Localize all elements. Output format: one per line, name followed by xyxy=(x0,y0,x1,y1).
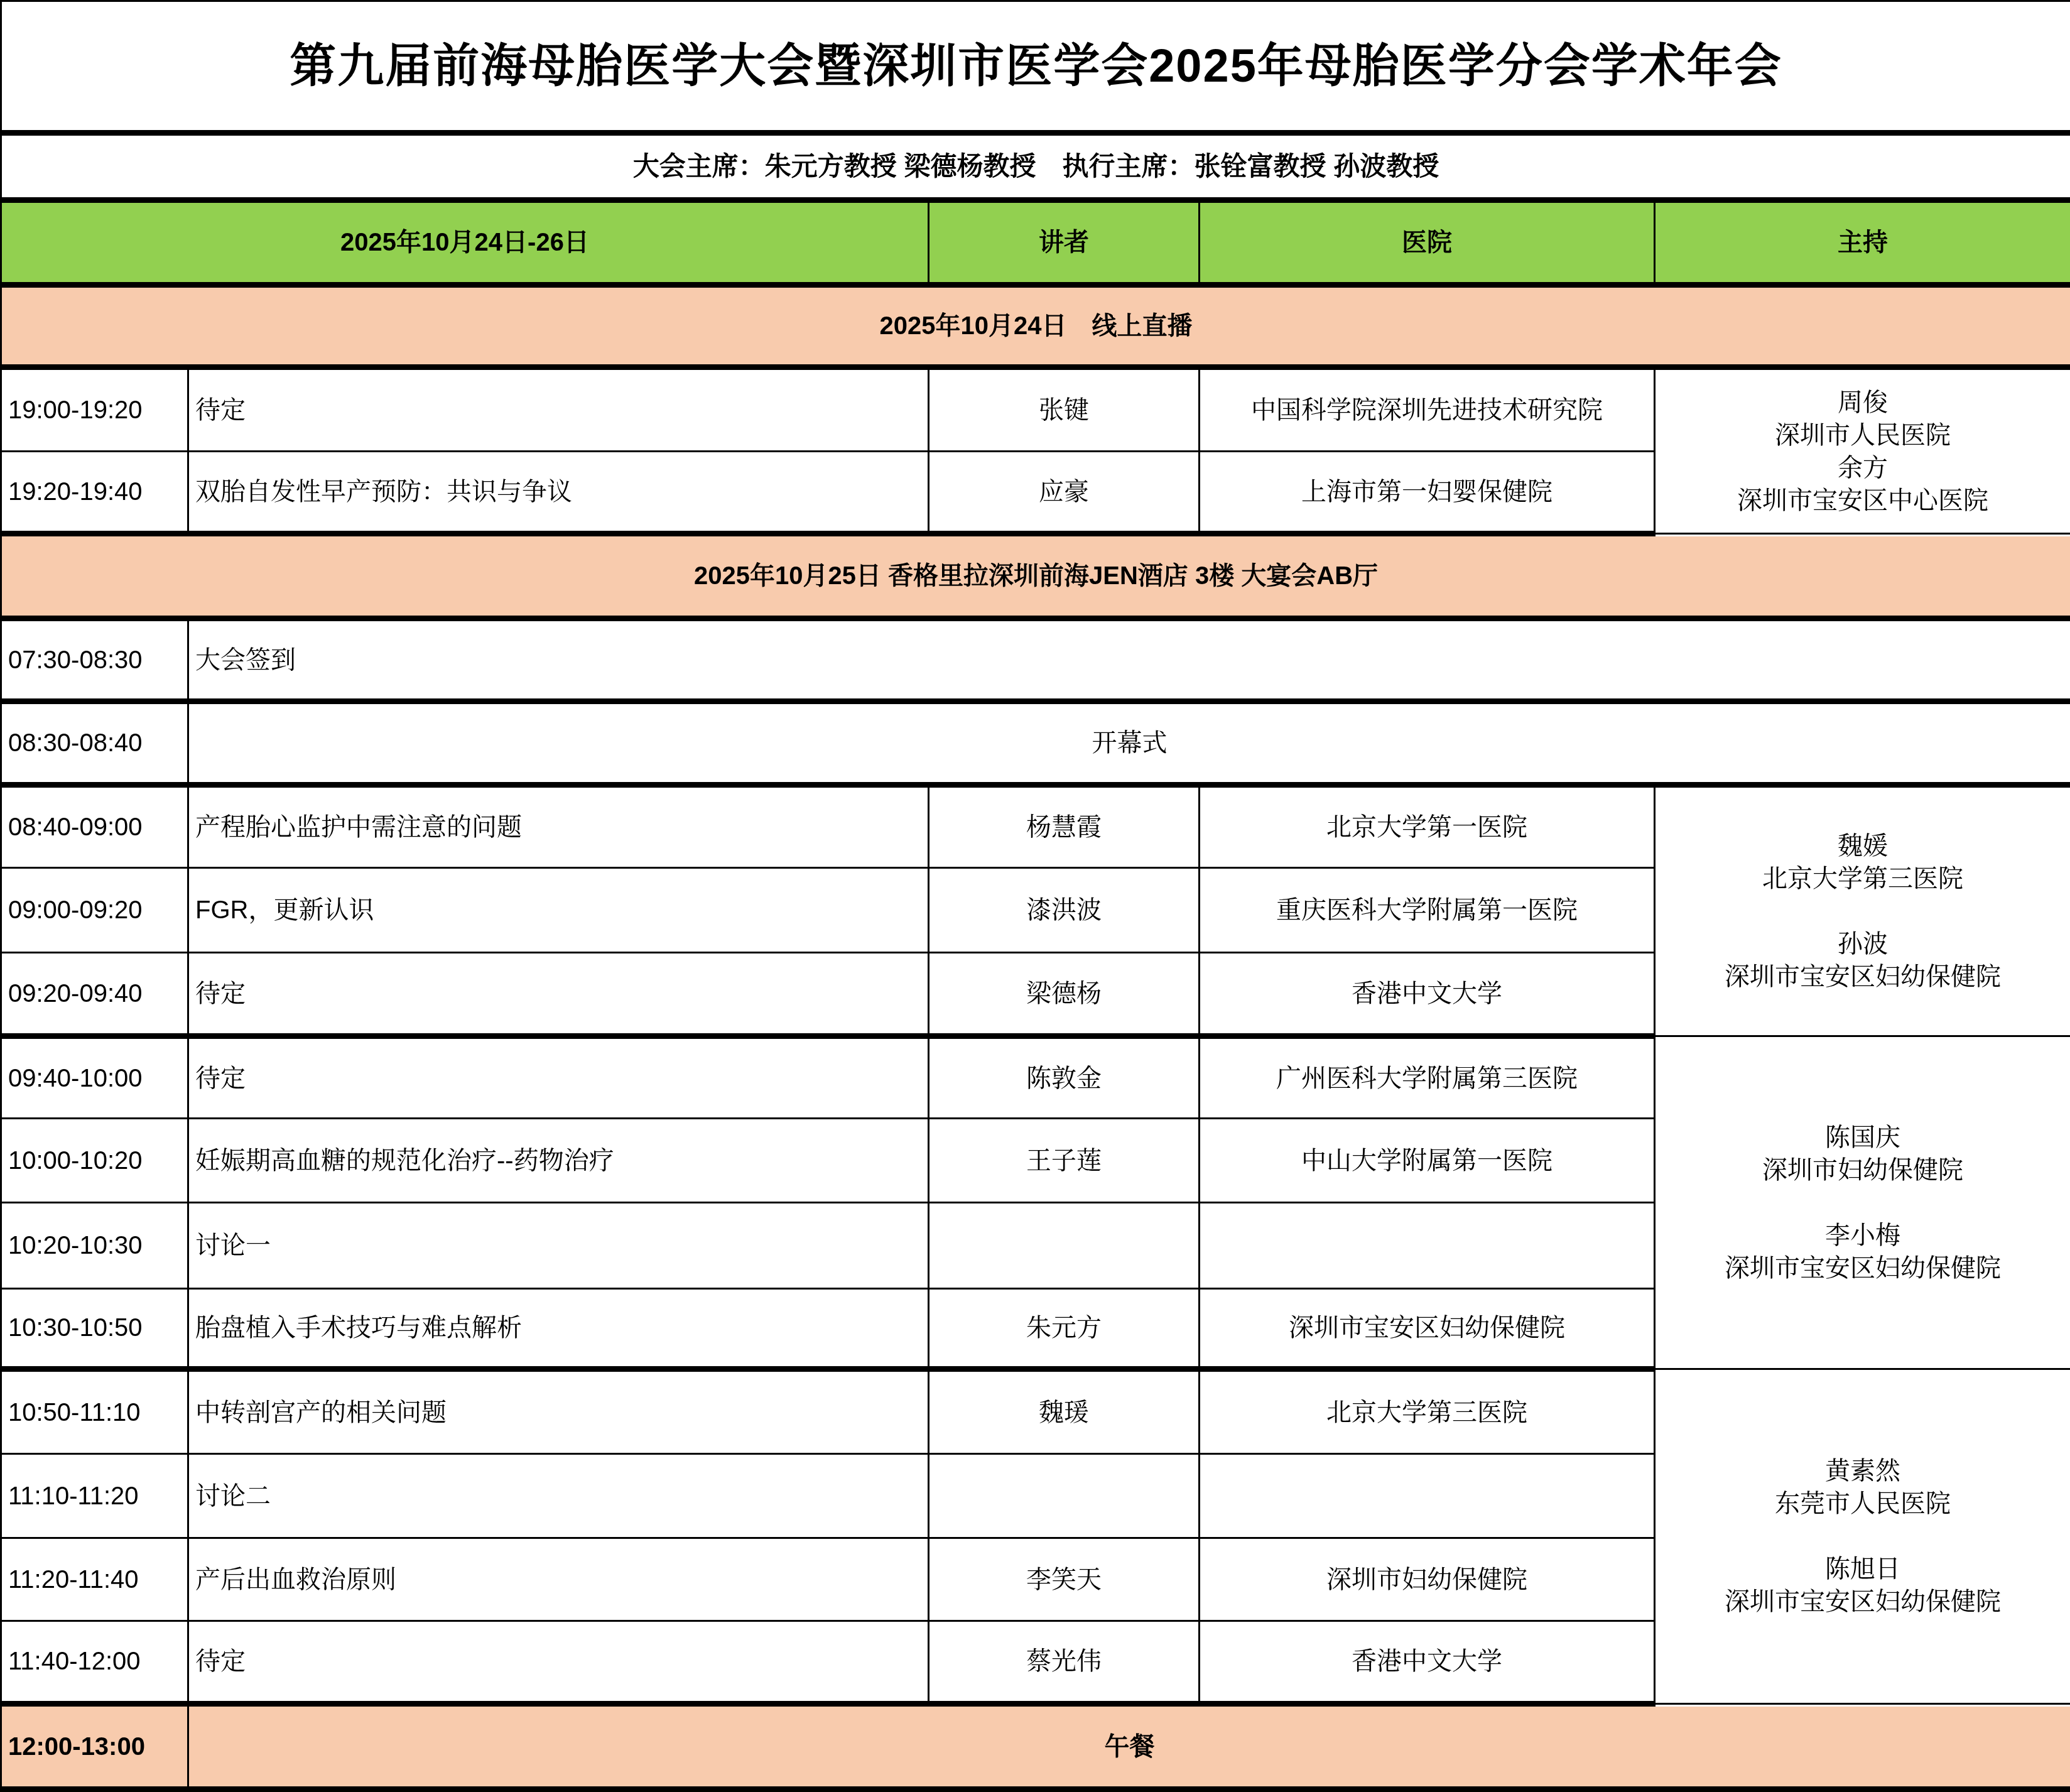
topic-cell: FGR，更新认识 xyxy=(188,868,929,953)
speaker-cell: 应豪 xyxy=(929,452,1200,534)
host-cell: 陈国庆 深圳市妇幼保健院 李小梅 深圳市宝安区妇幼保健院 xyxy=(1655,1036,2070,1369)
topic-cell: 中转剖宫产的相关问题 xyxy=(188,1369,929,1454)
speaker-cell xyxy=(929,1203,1200,1289)
time-cell: 07:30-08:30 xyxy=(1,619,188,702)
time-cell: 10:20-10:30 xyxy=(1,1203,188,1289)
topic-cell: 待定 xyxy=(188,1621,929,1704)
topic-cell: 产后出血救治原则 xyxy=(188,1538,929,1621)
header-hospital: 医院 xyxy=(1200,200,1655,285)
hospital-cell: 中山大学附属第一医院 xyxy=(1200,1119,1655,1203)
speaker-cell: 漆洪波 xyxy=(929,868,1200,953)
registration-cell: 大会签到 xyxy=(188,619,2070,702)
speaker-cell: 杨慧霞 xyxy=(929,785,1200,868)
section-oct25: 2025年10月25日 香格里拉深圳前海JEN酒店 3楼 大宴会AB厅 xyxy=(1,534,2070,619)
speaker-cell: 李笑天 xyxy=(929,1538,1200,1621)
topic-cell: 待定 xyxy=(188,1036,929,1119)
time-cell: 11:10-11:20 xyxy=(1,1454,188,1538)
time-cell: 09:20-09:40 xyxy=(1,953,188,1036)
time-cell: 10:50-11:10 xyxy=(1,1369,188,1454)
hospital-cell: 中国科学院深圳先进技术研究院 xyxy=(1200,367,1655,452)
topic-cell: 妊娠期高血糖的规范化治疗--药物治疗 xyxy=(188,1119,929,1203)
hospital-cell: 香港中文大学 xyxy=(1200,953,1655,1036)
conference-title: 第九届前海母胎医学大会暨深圳市医学会2025年母胎医学分会学术年会 xyxy=(1,1,2070,133)
topic-cell: 产程胎心监护中需注意的问题 xyxy=(188,785,929,868)
chairs-line: 大会主席：朱元方教授 梁德杨教授 执行主席：张铨富教授 孙波教授 xyxy=(1,133,2070,200)
time-cell: 10:30-10:50 xyxy=(1,1289,188,1369)
topic-cell: 双胎自发性早产预防：共识与争议 xyxy=(188,452,929,534)
speaker-cell: 魏瑗 xyxy=(929,1369,1200,1454)
time-cell: 19:00-19:20 xyxy=(1,367,188,452)
hospital-cell: 北京大学第一医院 xyxy=(1200,785,1655,868)
hospital-cell xyxy=(1200,1454,1655,1538)
topic-cell: 讨论一 xyxy=(188,1203,929,1289)
hospital-cell: 重庆医科大学附属第一医院 xyxy=(1200,868,1655,953)
opening-ceremony-cell: 开幕式 xyxy=(188,702,2070,785)
hospital-cell xyxy=(1200,1203,1655,1289)
topic-cell: 胎盘植入手术技巧与难点解析 xyxy=(188,1289,929,1369)
time-cell: 09:40-10:00 xyxy=(1,1036,188,1119)
speaker-cell: 梁德杨 xyxy=(929,953,1200,1036)
time-cell: 08:40-09:00 xyxy=(1,785,188,868)
time-cell: 10:00-10:20 xyxy=(1,1119,188,1203)
speaker-cell: 朱元方 xyxy=(929,1289,1200,1369)
lunch-cell: 午餐 xyxy=(188,1704,2070,1789)
hospital-cell: 香港中文大学 xyxy=(1200,1621,1655,1704)
hospital-cell: 深圳市妇幼保健院 xyxy=(1200,1538,1655,1621)
header-host: 主持 xyxy=(1655,200,2070,285)
time-cell: 08:30-08:40 xyxy=(1,702,188,785)
topic-cell: 讨论二 xyxy=(188,1454,929,1538)
hospital-cell: 上海市第一妇婴保健院 xyxy=(1200,452,1655,534)
hospital-cell: 深圳市宝安区妇幼保健院 xyxy=(1200,1289,1655,1369)
header-speaker: 讲者 xyxy=(929,200,1200,285)
hospital-cell: 北京大学第三医院 xyxy=(1200,1369,1655,1454)
speaker-cell xyxy=(929,1454,1200,1538)
speaker-cell: 王子莲 xyxy=(929,1119,1200,1203)
time-cell: 11:40-12:00 xyxy=(1,1621,188,1704)
speaker-cell: 陈敦金 xyxy=(929,1036,1200,1119)
header-date-range: 2025年10月24日-26日 xyxy=(1,200,929,285)
host-cell: 周俊 深圳市人民医院 余方 深圳市宝安区中心医院 xyxy=(1655,367,2070,534)
topic-cell: 待定 xyxy=(188,953,929,1036)
host-cell: 魏媛 北京大学第三医院 孙波 深圳市宝安区妇幼保健院 xyxy=(1655,785,2070,1036)
hospital-cell: 广州医科大学附属第三医院 xyxy=(1200,1036,1655,1119)
speaker-cell: 张键 xyxy=(929,367,1200,452)
schedule-table: 第九届前海母胎医学大会暨深圳市医学会2025年母胎医学分会学术年会 大会主席：朱… xyxy=(0,0,2070,1792)
time-cell: 09:00-09:20 xyxy=(1,868,188,953)
section-oct24: 2025年10月24日 线上直播 xyxy=(1,285,2070,367)
speaker-cell: 蔡光伟 xyxy=(929,1621,1200,1704)
time-cell: 11:20-11:40 xyxy=(1,1538,188,1621)
time-cell: 19:20-19:40 xyxy=(1,452,188,534)
topic-cell: 待定 xyxy=(188,367,929,452)
host-cell: 黄素然 东莞市人民医院 陈旭日 深圳市宝安区妇幼保健院 xyxy=(1655,1369,2070,1704)
time-cell: 12:00-13:00 xyxy=(1,1704,188,1789)
